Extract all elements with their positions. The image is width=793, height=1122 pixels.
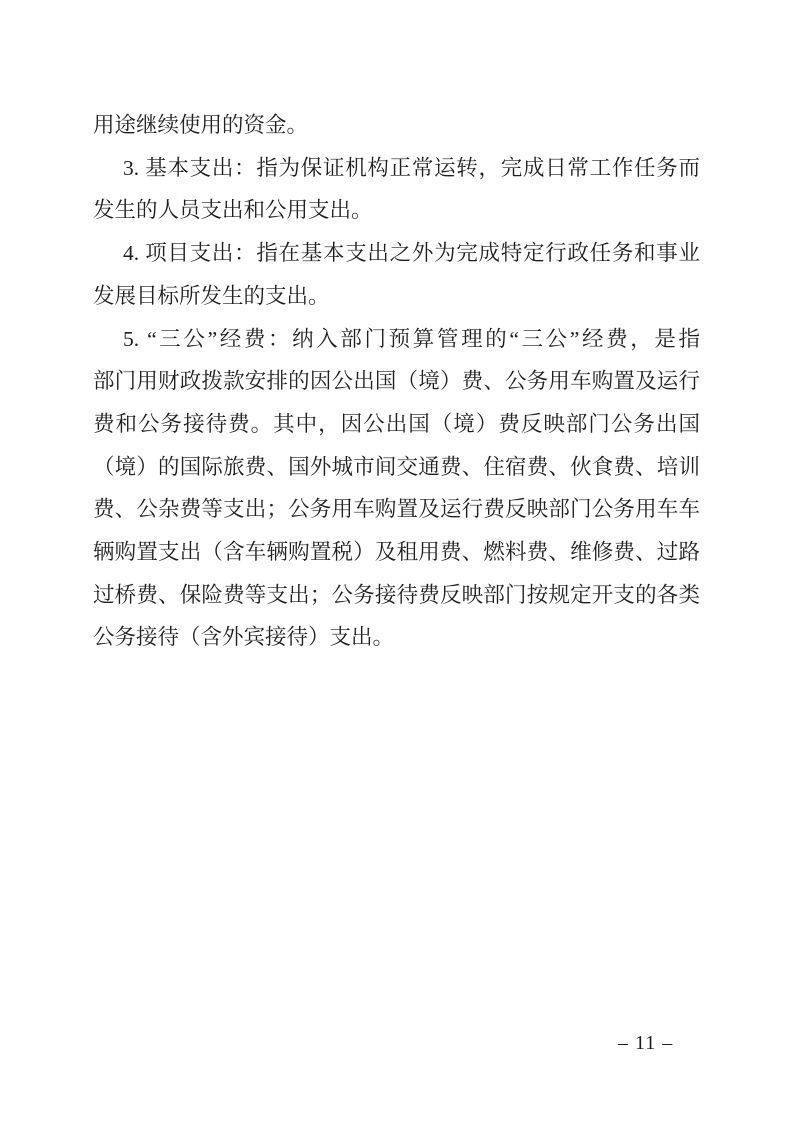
text-line: 3. 基本支出：指为保证机构正常运转，完成日常工作任务而 (93, 147, 700, 190)
text-line: （境）的国际旅费、国外城市间交通费、住宿费、伙食费、培训 (93, 446, 700, 489)
page-footer: – 11 – (618, 1031, 698, 1055)
text-line: 公务接待（含外宾接待）支出。 (93, 616, 700, 659)
text-line: 过桥费、保险费等支出；公务接待费反映部门按规定开支的各类 (93, 574, 700, 617)
document-page: 用途继续使用的资金。3. 基本支出：指为保证机构正常运转，完成日常工作任务而发生… (0, 0, 793, 1122)
text-line: 部门用财政拨款安排的因公出国（境）费、公务用车购置及运行 (93, 360, 700, 403)
text-line: 用途继续使用的资金。 (93, 104, 700, 147)
text-line: 发生的人员支出和公用支出。 (93, 189, 700, 232)
paragraph: 5. “三公”经费：纳入部门预算管理的“三公”经费，是指部门用财政拨款安排的因公… (93, 318, 700, 660)
text-line: 4. 项目支出：指在基本支出之外为完成特定行政任务和事业 (93, 232, 700, 275)
text-line: 费、公杂费等支出；公务用车购置及运行费反映部门公务用车车 (93, 488, 700, 531)
paragraph: 3. 基本支出：指为保证机构正常运转，完成日常工作任务而发生的人员支出和公用支出… (93, 147, 700, 232)
page-number: – 11 – (618, 1032, 673, 1054)
paragraph: 用途继续使用的资金。 (93, 104, 700, 147)
text-line: 费和公务接待费。其中，因公出国（境）费反映部门公务出国 (93, 403, 700, 446)
paragraph: 4. 项目支出：指在基本支出之外为完成特定行政任务和事业发展目标所发生的支出。 (93, 232, 700, 317)
text-line: 5. “三公”经费：纳入部门预算管理的“三公”经费，是指 (93, 318, 700, 361)
text-line: 发展目标所发生的支出。 (93, 275, 700, 318)
text-line: 辆购置支出（含车辆购置税）及租用费、燃料费、维修费、过路 (93, 531, 700, 574)
text-block: 用途继续使用的资金。3. 基本支出：指为保证机构正常运转，完成日常工作任务而发生… (93, 104, 700, 659)
